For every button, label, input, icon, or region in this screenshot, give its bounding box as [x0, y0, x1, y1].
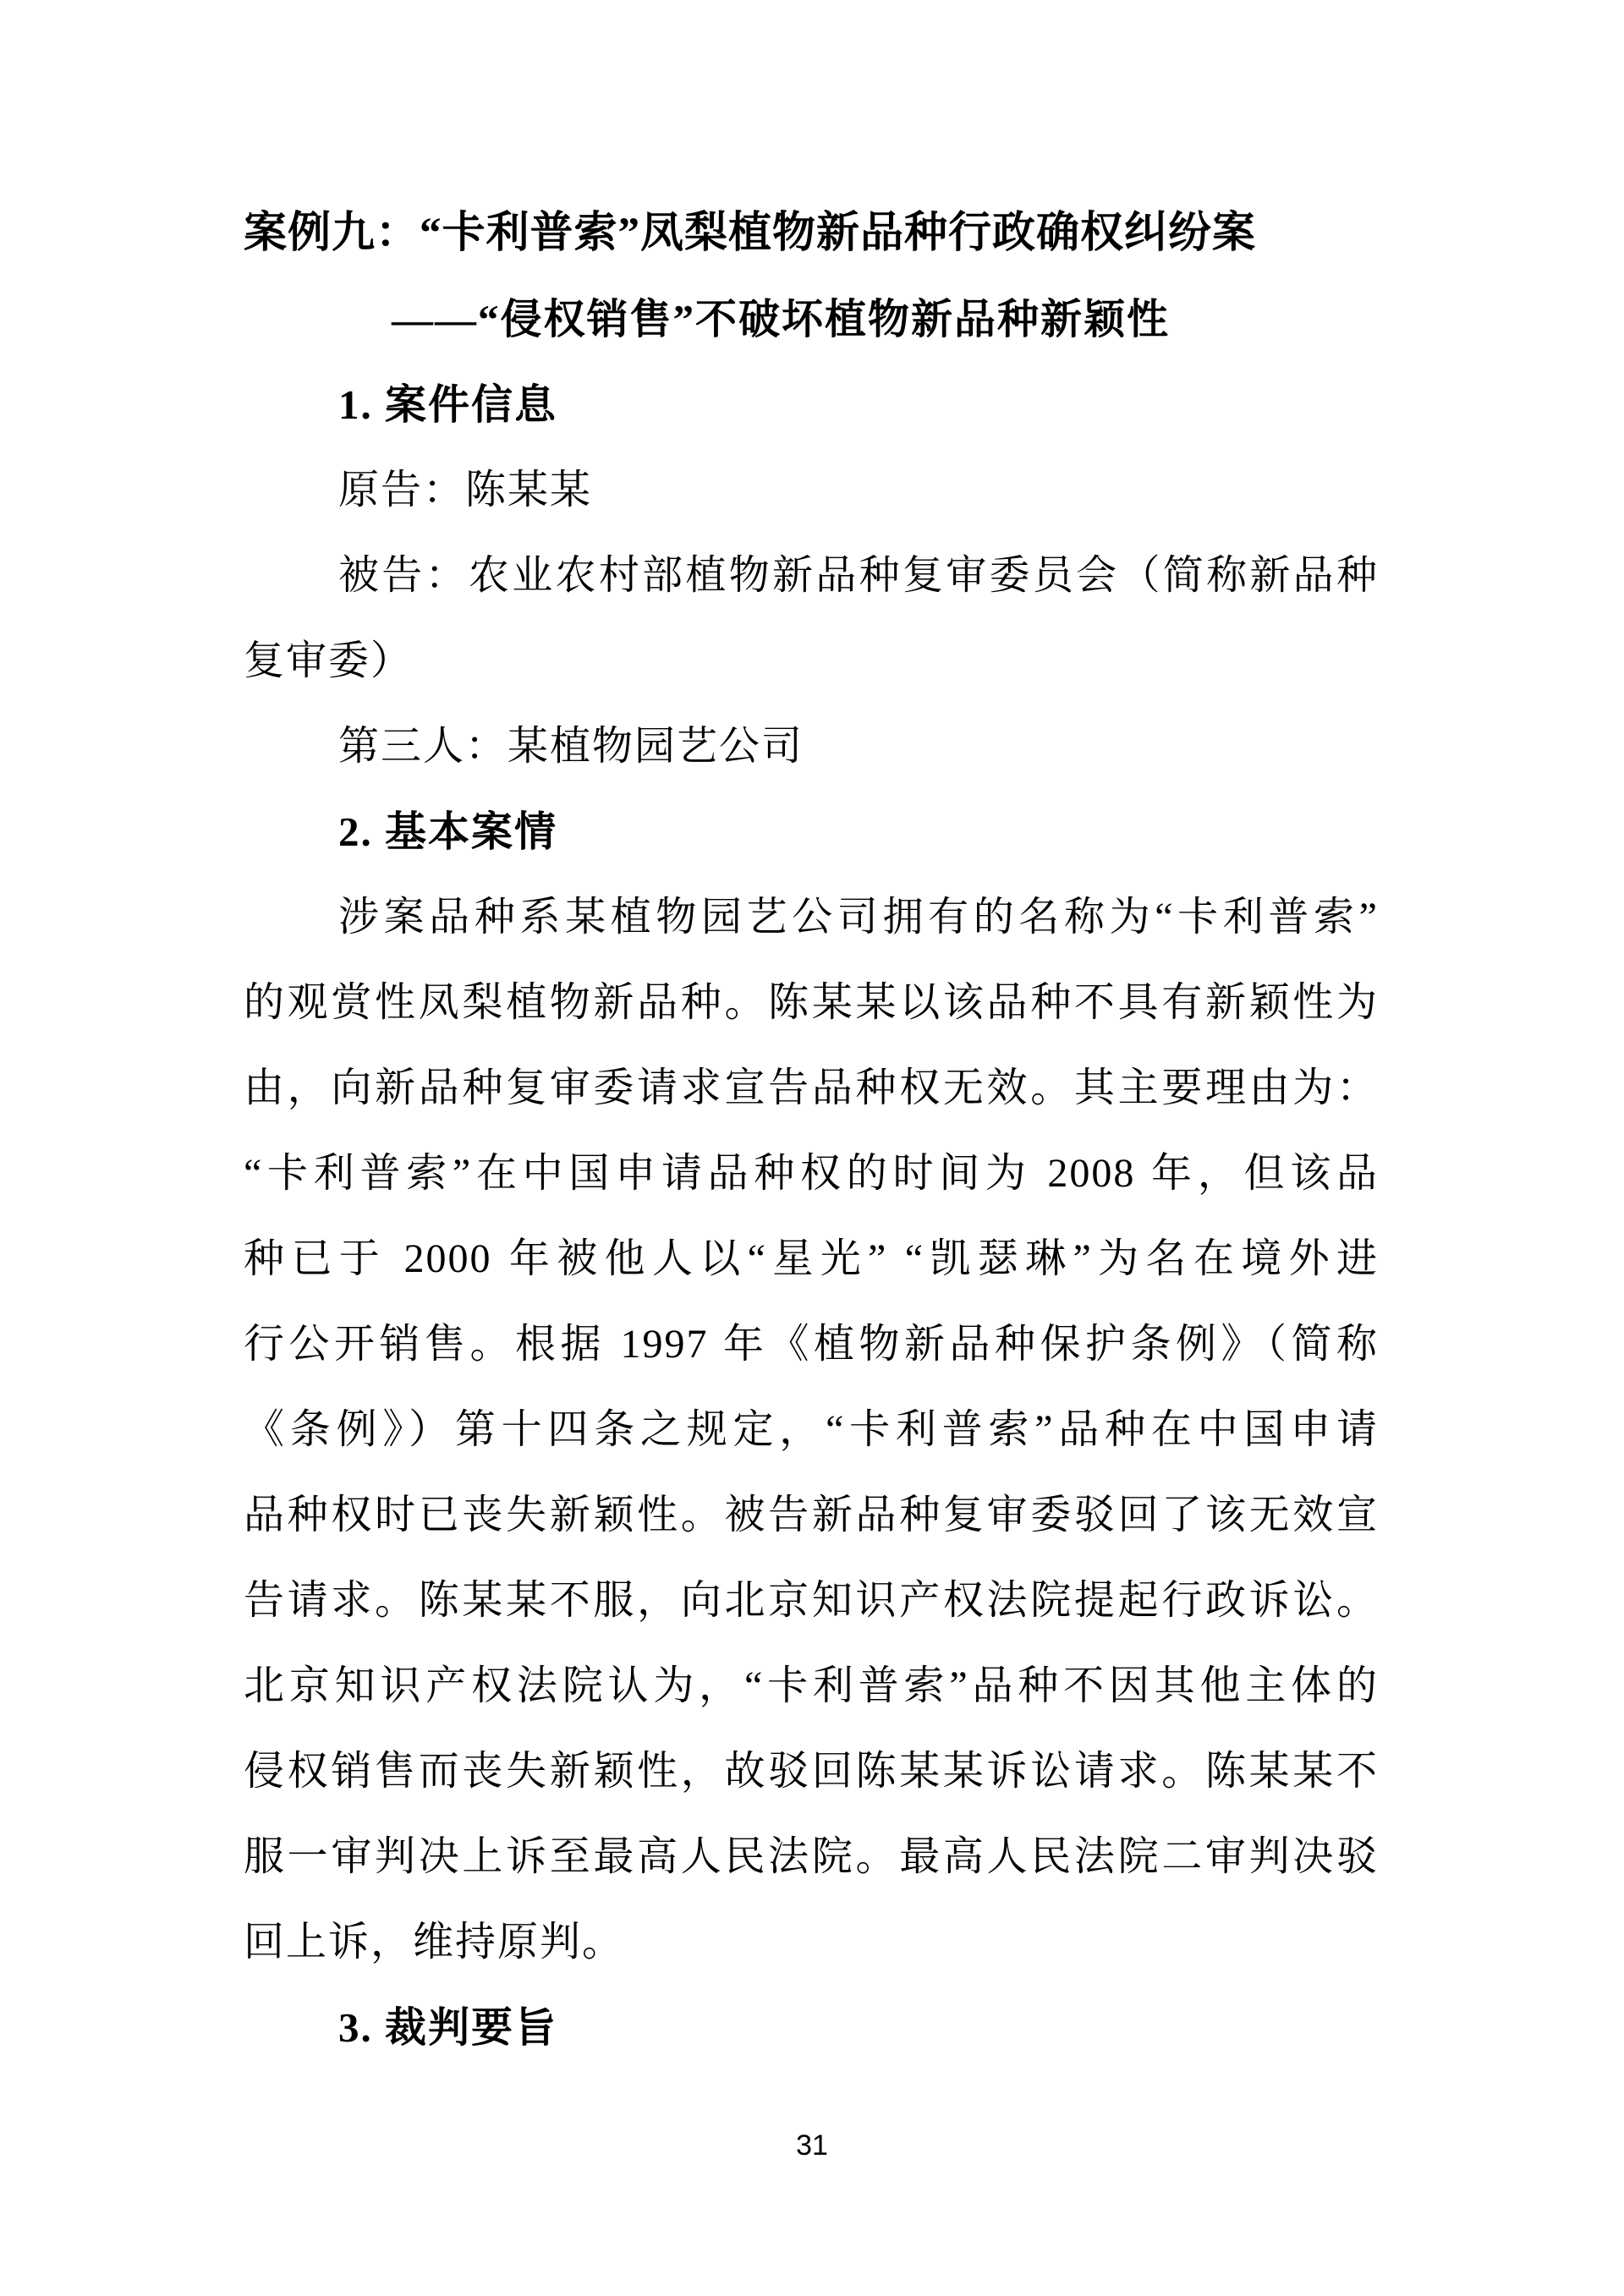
- page-number: 31: [0, 2129, 1624, 2162]
- facts-line: 北京知识产权法院认为，“卡利普索”品种不因其他主体的: [244, 1643, 1379, 1729]
- facts-line: 由，向新品种复审委请求宣告品种权无效。其主要理由为：: [244, 1045, 1379, 1131]
- section-heading-case-info: 1. 案件信息: [244, 362, 1379, 447]
- facts-line: 告请求。陈某某不服，向北京知识产权法院提起行政诉讼。: [244, 1558, 1379, 1643]
- document-page: 案例九：“卡利普索”凤梨植物新品种行政确权纠纷案 ——“侵权销售”不破坏植物新品…: [0, 0, 1624, 2296]
- third-party-line: 第三人：某植物园艺公司: [244, 704, 1379, 789]
- facts-line: 品种权时已丧失新颖性。被告新品种复审委驳回了该无效宣: [244, 1472, 1379, 1558]
- case-subtitle: ——“侵权销售”不破坏植物新品种新颖性: [244, 277, 1379, 362]
- section-heading-judgment-gist: 3. 裁判要旨: [244, 1985, 1379, 2070]
- case-title: 案例九：“卡利普索”凤梨植物新品种行政确权纠纷案: [244, 191, 1379, 277]
- defendant-line-2: 复审委）: [244, 618, 1379, 704]
- facts-line: 涉案品种系某植物园艺公司拥有的名称为“卡利普索”: [244, 874, 1379, 960]
- facts-line: 服一审判决上诉至最高人民法院。最高人民法院二审判决驳: [244, 1814, 1379, 1899]
- plaintiff-line: 原告：陈某某: [244, 447, 1379, 533]
- facts-line: 《条例》）第十四条之规定，“卡利普索”品种在中国申请: [244, 1387, 1379, 1472]
- facts-line: 侵权销售而丧失新颖性，故驳回陈某某诉讼请求。陈某某不: [244, 1729, 1379, 1814]
- facts-line: 种已于 2000 年被他人以“星光” “凯瑟琳”为名在境外进: [244, 1216, 1379, 1301]
- section-heading-basic-facts: 2. 基本案情: [244, 789, 1379, 874]
- facts-line: 行公开销售。根据 1997 年《植物新品种保护条例》（简称: [244, 1301, 1379, 1387]
- facts-line: 的观赏性凤梨植物新品种。陈某某以该品种不具有新颖性为: [244, 960, 1379, 1045]
- facts-line: “卡利普索”在中国申请品种权的时间为 2008 年，但该品: [244, 1131, 1379, 1216]
- defendant-line-1: 被告：农业农村部植物新品种复审委员会（简称新品种: [244, 533, 1379, 618]
- facts-line: 回上诉，维持原判。: [244, 1899, 1379, 1985]
